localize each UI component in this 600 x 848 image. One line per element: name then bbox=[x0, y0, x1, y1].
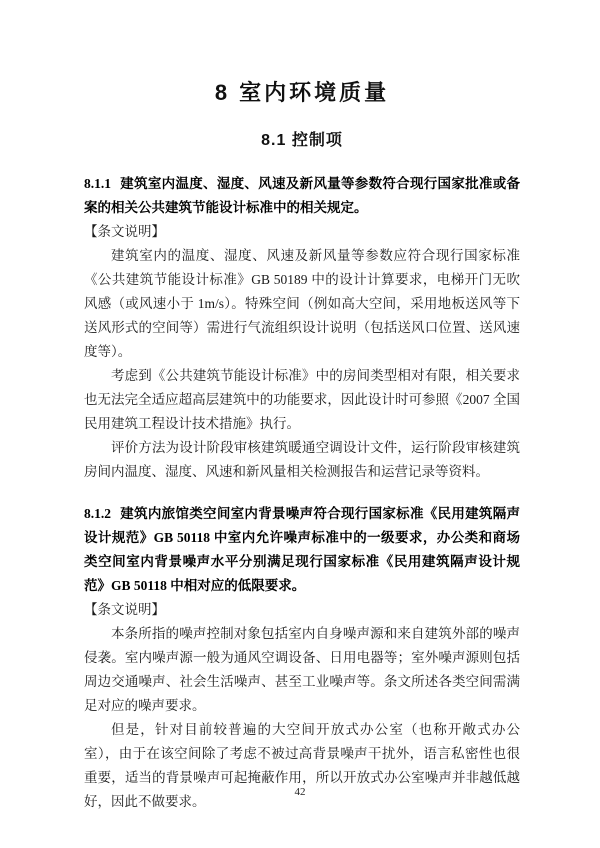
article-heading: 8.1.2建筑内旅馆类空间室内背景噪声符合现行国家标准《民用建筑隔声设计规范》G… bbox=[84, 502, 520, 598]
chapter-title: 8 室内环境质量 bbox=[84, 80, 520, 106]
article-heading-text: 建筑内旅馆类空间室内背景噪声符合现行国家标准《民用建筑隔声设计规范》GB 501… bbox=[84, 506, 520, 593]
page-number: 42 bbox=[0, 785, 600, 799]
document-page: 8 室内环境质量 8.1 控制项 8.1.1建筑室内温度、湿度、风速及新风量等参… bbox=[0, 0, 600, 848]
explanation-paragraph: 本条所指的噪声控制对象包括室内自身噪声源和来自建筑外部的噪声侵袭。室内噪声源一般… bbox=[84, 622, 520, 718]
explanation-paragraph: 评价方法为设计阶段审核建筑暖通空调设计文件，运行阶段审核建筑房间内温度、湿度、风… bbox=[84, 436, 520, 484]
article-number: 8.1.2 bbox=[84, 506, 111, 521]
explanation-label: 【条文说明】 bbox=[84, 220, 520, 244]
explanation-label: 【条文说明】 bbox=[84, 598, 520, 622]
explanation-paragraph: 考虑到《公共建筑节能设计标准》中的房间类型相对有限，相关要求也无法完全适应超高层… bbox=[84, 364, 520, 436]
article-8-1-1: 8.1.1建筑室内温度、湿度、风速及新风量等参数符合现行国家批准或备案的相关公共… bbox=[84, 172, 520, 484]
article-heading: 8.1.1建筑室内温度、湿度、风速及新风量等参数符合现行国家批准或备案的相关公共… bbox=[84, 172, 520, 220]
article-8-1-2: 8.1.2建筑内旅馆类空间室内背景噪声符合现行国家标准《民用建筑隔声设计规范》G… bbox=[84, 502, 520, 814]
section-title: 8.1 控制项 bbox=[84, 130, 520, 152]
explanation-paragraph: 但是，针对目前较普遍的大空间开放式办公室（也称开敞式办公室），由于在该空间除了考… bbox=[84, 718, 520, 814]
explanation-paragraph: 建筑室内的温度、湿度、风速及新风量等参数应符合现行国家标准《公共建筑节能设计标准… bbox=[84, 244, 520, 364]
article-heading-text: 建筑室内温度、湿度、风速及新风量等参数符合现行国家批准或备案的相关公共建筑节能设… bbox=[84, 176, 520, 215]
article-number: 8.1.1 bbox=[84, 176, 111, 191]
